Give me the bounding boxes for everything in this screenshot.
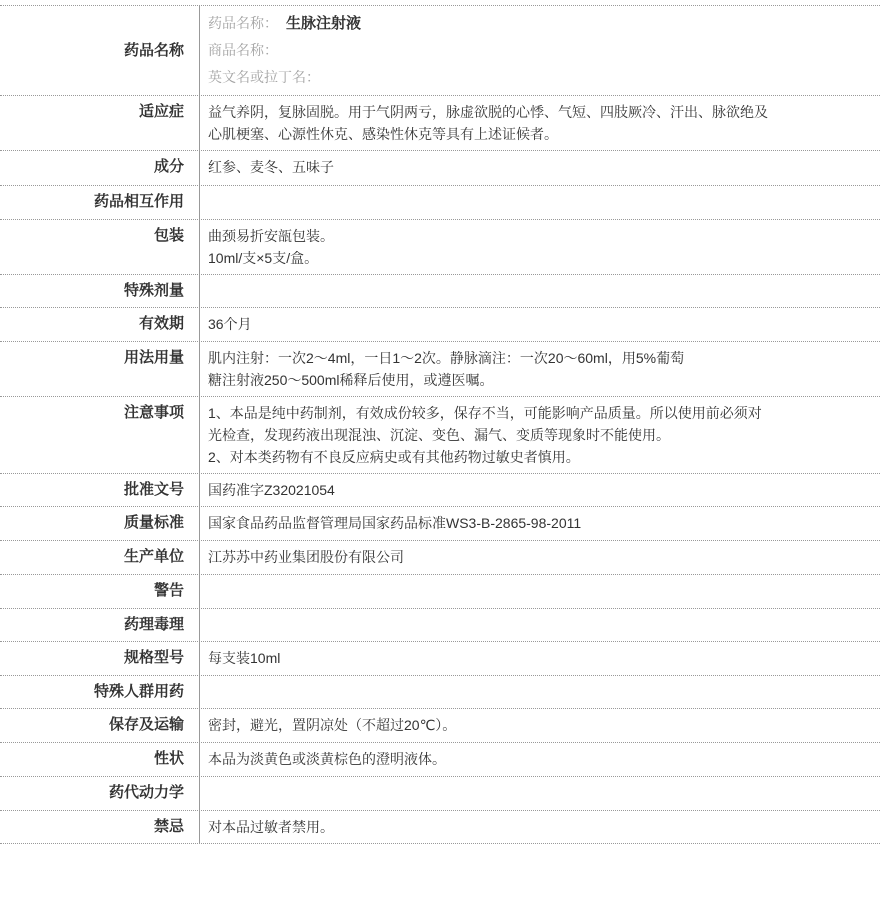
row-value: 益气养阴，复脉固脱。用于气阴两亏，脉虚欲脱的心悸、气短、四肢厥冷、汗出、脉欲绝及… — [200, 96, 880, 150]
row-value — [200, 575, 880, 608]
table-row-drug-name: 药品名称 药品名称：生脉注射液 商品名称： 英文名或拉丁名： — [0, 6, 880, 95]
english-name-line: 英文名或拉丁名： — [208, 64, 868, 91]
row-label: 规格型号 — [0, 642, 200, 675]
row-value: 药品名称：生脉注射液 商品名称： 英文名或拉丁名： — [200, 6, 880, 95]
table-row: 保存及运输 密封，避光，置阴凉处（不超过20℃）。 — [0, 708, 880, 742]
table-row: 质量标准 国家食品药品监督管理局国家药品标准WS3-B-2865-98-2011 — [0, 506, 880, 540]
row-label: 注意事项 — [0, 397, 200, 473]
drug-name-field-value: 生脉注射液 — [286, 15, 361, 32]
row-value — [200, 676, 880, 708]
row-value — [200, 186, 880, 219]
table-row: 批准文号 国药准字Z32021054 — [0, 473, 880, 506]
row-label: 药品相互作用 — [0, 186, 200, 219]
table-row: 用法用量 肌内注射：一次2～4ml，一日1～2次。静脉滴注：一次20～60ml，… — [0, 341, 880, 396]
row-label: 生产单位 — [0, 541, 200, 574]
table-row: 警告 — [0, 574, 880, 608]
trade-name-line: 商品名称： — [208, 37, 868, 64]
row-label: 禁忌 — [0, 811, 200, 843]
row-value: 红参、麦冬、五味子 — [200, 151, 880, 185]
row-label: 特殊人群用药 — [0, 676, 200, 708]
table-row: 适应症 益气养阴，复脉固脱。用于气阴两亏，脉虚欲脱的心悸、气短、四肢厥冷、汗出、… — [0, 95, 880, 150]
row-label: 性状 — [0, 743, 200, 776]
table-row: 药代动力学 — [0, 776, 880, 810]
row-label: 特殊剂量 — [0, 275, 200, 307]
row-label: 成分 — [0, 151, 200, 185]
table-row: 性状 本品为淡黄色或淡黄棕色的澄明液体。 — [0, 742, 880, 776]
row-value: 肌内注射：一次2～4ml，一日1～2次。静脉滴注：一次20～60ml，用5%葡萄… — [200, 342, 880, 396]
row-value: 曲颈易折安瓿包装。 10ml/支×5支/盒。 — [200, 220, 880, 274]
table-row: 成分 红参、麦冬、五味子 — [0, 150, 880, 185]
row-label: 药代动力学 — [0, 777, 200, 810]
row-label: 药品名称 — [0, 6, 200, 95]
row-value — [200, 609, 880, 641]
row-value — [200, 275, 880, 307]
table-row: 注意事项 1、本品是纯中药制剂，有效成份较多，保存不当，可能影响产品质量。所以使… — [0, 396, 880, 473]
row-value: 国家食品药品监督管理局国家药品标准WS3-B-2865-98-2011 — [200, 507, 880, 540]
row-value: 本品为淡黄色或淡黄棕色的澄明液体。 — [200, 743, 880, 776]
row-label: 药理毒理 — [0, 609, 200, 641]
table-row: 有效期 36个月 — [0, 307, 880, 341]
row-label: 用法用量 — [0, 342, 200, 396]
row-label: 有效期 — [0, 308, 200, 341]
table-row: 药理毒理 — [0, 608, 880, 641]
table-row: 规格型号 每支装10ml — [0, 641, 880, 675]
row-label: 批准文号 — [0, 474, 200, 506]
row-label: 适应症 — [0, 96, 200, 150]
row-value: 密封，避光，置阴凉处（不超过20℃）。 — [200, 709, 880, 742]
table-row: 包装 曲颈易折安瓿包装。 10ml/支×5支/盒。 — [0, 219, 880, 274]
row-label: 包装 — [0, 220, 200, 274]
drug-name-line: 药品名称：生脉注射液 — [208, 10, 868, 37]
row-value: 36个月 — [200, 308, 880, 341]
row-value: 国药准字Z32021054 — [200, 474, 880, 506]
table-row: 生产单位 江苏苏中药业集团股份有限公司 — [0, 540, 880, 574]
table-row: 禁忌 对本品过敏者禁用。 — [0, 810, 880, 843]
row-value: 1、本品是纯中药制剂，有效成份较多，保存不当，可能影响产品质量。所以使用前必须对… — [200, 397, 880, 473]
table-row: 特殊剂量 — [0, 274, 880, 307]
row-label: 警告 — [0, 575, 200, 608]
row-label: 质量标准 — [0, 507, 200, 540]
row-value: 对本品过敏者禁用。 — [200, 811, 880, 843]
row-value: 江苏苏中药业集团股份有限公司 — [200, 541, 880, 574]
english-name-field-label: 英文名或拉丁名： — [208, 69, 320, 85]
table-row: 药品相互作用 — [0, 185, 880, 219]
table-row: 特殊人群用药 — [0, 675, 880, 708]
trade-name-field-label: 商品名称： — [208, 42, 278, 58]
drug-name-field-label: 药品名称： — [208, 15, 278, 31]
drug-info-table: 药品名称 药品名称：生脉注射液 商品名称： 英文名或拉丁名： 适应症 益气养阴，… — [0, 5, 880, 844]
row-label: 保存及运输 — [0, 709, 200, 742]
row-value — [200, 777, 880, 810]
row-value: 每支装10ml — [200, 642, 880, 675]
